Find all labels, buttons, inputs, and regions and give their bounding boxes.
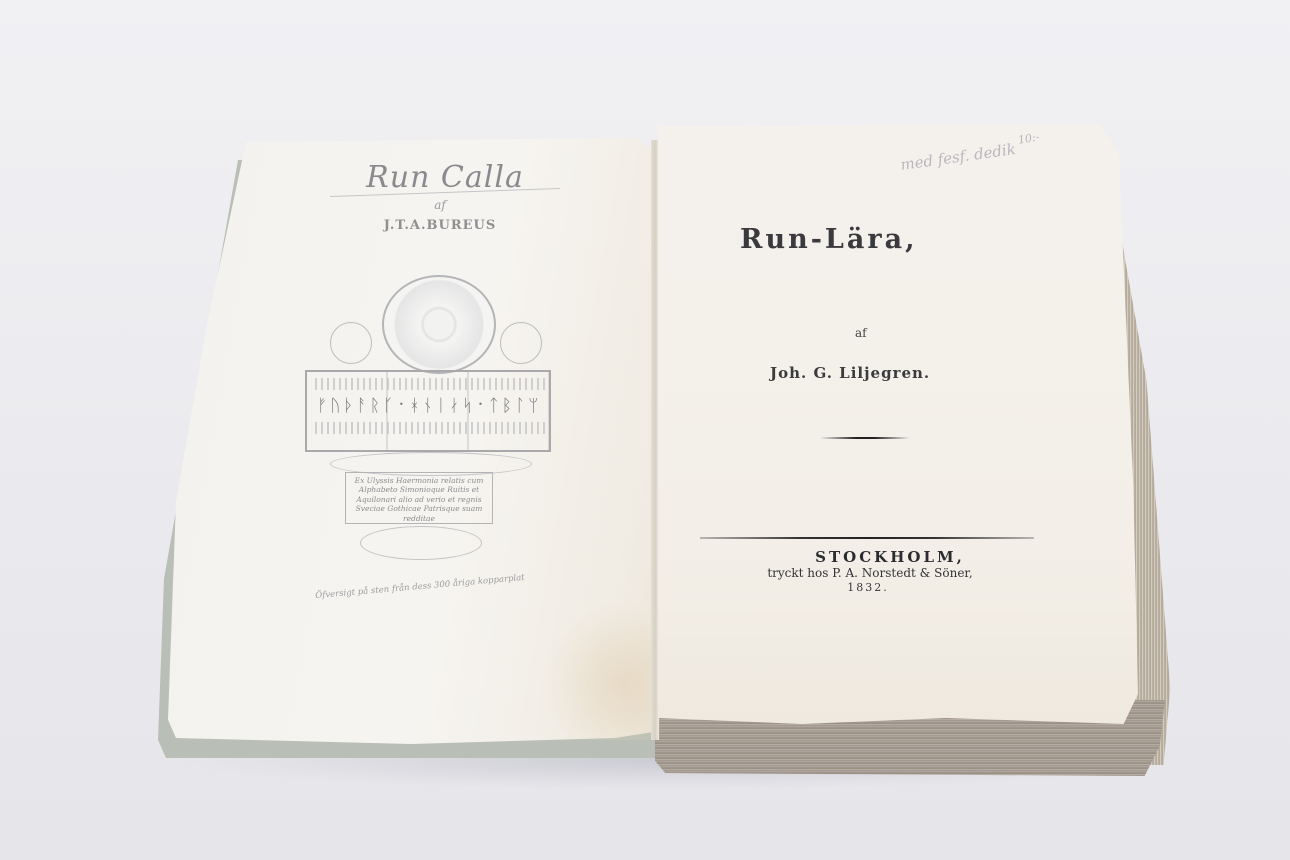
imprint-year: 1832. [838, 581, 898, 594]
rune-table-bottom-inscription [315, 422, 545, 434]
book-photo: Run Calla af J.T.A.BUREUS ᚠᚢᚦᚨᚱᚴ᛫ᚼᚾᛁᛅᛋ᛫ᛏ… [0, 0, 1290, 860]
book-title: Run-Lära, [740, 224, 980, 255]
bottom-wreath-icon [360, 526, 482, 560]
compass-medallion-icon [382, 275, 496, 374]
book-gutter [651, 140, 659, 740]
title-divider [820, 437, 910, 439]
rune-row: ᚠᚢᚦᚨᚱᚴ᛫ᚼᚾᛁᛅᛋ᛫ᛏᛒᛚᛘ [317, 396, 543, 416]
imprint-printer: tryckt hos P. A. Norstedt & Söner, [740, 566, 1000, 580]
imprint-rule [700, 537, 1034, 539]
latin-cartouche: Ex Ulyssis Haermonia relatis cum Alphabe… [345, 472, 493, 524]
plate-author: J.T.A.BUREUS [360, 218, 520, 233]
title-page [658, 124, 1138, 724]
book-author: Joh. G. Liljegren. [770, 364, 970, 382]
plate-of: af [410, 198, 470, 212]
right-medallion-icon [500, 322, 542, 364]
imprint-city: STOCKHOLM, [790, 548, 990, 566]
by-line: af [855, 326, 867, 340]
left-medallion-icon [330, 322, 372, 364]
rune-table-top-inscription [315, 378, 545, 390]
rune-table: ᚠᚢᚦᚨᚱᚴ᛫ᚼᚾᛁᛅᛋ᛫ᛏᛒᛚᛘ [305, 370, 551, 452]
foxing-stain [540, 600, 660, 740]
